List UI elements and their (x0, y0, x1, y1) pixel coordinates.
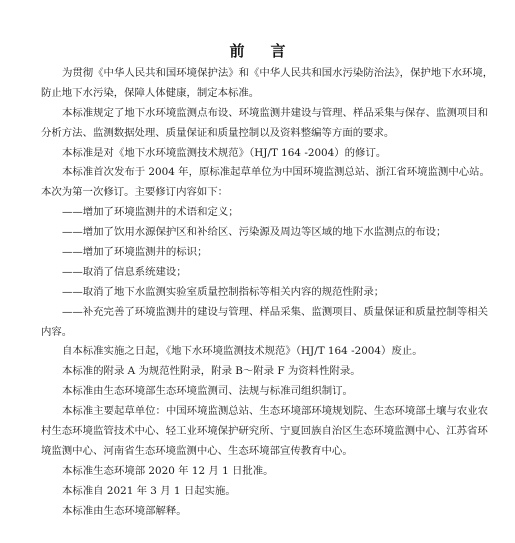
text-line: 本标准的附录 A 为规范性附录，附录 B～附录 F 为资料性附录。 (41, 362, 490, 382)
page-title: 前言 (0, 40, 515, 61)
title-char: 言 (271, 40, 286, 61)
text-line: 村生态环境监管技术中心、轻工业环境保护研究所、宁夏回族自治区生态环境监测中心、江… (41, 422, 490, 442)
document-page: 前言 为贯彻《中华人民共和国环境保护法》和《中华人民共和国水污染防治法》，保护地… (0, 0, 515, 543)
list-item: ——增加了饮用水源保护区和补给区、污染源及周边等区域的地下水监测点的布设； (41, 223, 490, 243)
list-item: ——取消了信息系统建设； (41, 263, 490, 283)
text-line: 防止地下水污染，保障人体健康，制定本标准。 (41, 84, 490, 104)
text-line: 本标准首次发布于 2004 年，原标准起草单位为中国环境监测总站、浙江省环境监测… (41, 163, 490, 183)
title-char: 前 (229, 40, 244, 61)
list-item: ——增加了环境监测井的术语和定义； (41, 203, 490, 223)
text-line: 本标准主要起草单位：中国环境监测总站、生态环境部环境规划院、生态环境部土壤与农业… (41, 402, 490, 422)
list-item: ——补充完善了环境监测井的建设与管理、样品采集、监测项目、质量保证和质量控制等相… (41, 303, 490, 323)
foreword-body: 为贯彻《中华人民共和国环境保护法》和《中华人民共和国水污染防治法》，保护地下水环… (41, 64, 490, 521)
text-line: 本标准由生态环境部生态环境监测司、法规与标准司组织制订。 (41, 382, 490, 402)
text-line: 本标准规定了地下水环境监测点布设、环境监测井建设与管理、样品采集与保存、监测项目… (41, 104, 490, 124)
text-line: 本标准自 2021 年 3 月 1 日起实施。 (41, 482, 490, 502)
text-line: 为贯彻《中华人民共和国环境保护法》和《中华人民共和国水污染防治法》，保护地下水环… (41, 64, 490, 84)
text-line: 境监测中心、河南省生态环境监测中心、生态环境部宣传教育中心。 (41, 442, 490, 462)
text-line: 自本标准实施之日起，《地下水环境监测技术规范》（HJ/T 164 -2004）废… (41, 342, 490, 362)
text-line: 分析方法、监测数据处理、质量保证和质量控制以及资料整编等方面的要求。 (41, 124, 490, 144)
text-line: 本标准生态环境部 2020 年 12 月 1 日批准。 (41, 462, 490, 482)
text-line: 本标准是对《地下水环境监测技术规范》（HJ/T 164 -2004）的修订。 (41, 144, 490, 164)
list-item: ——增加了环境监测井的标识； (41, 243, 490, 263)
text-line: 本次为第一次修订。主要修订内容如下： (41, 183, 490, 203)
text-line: 内容。 (41, 323, 490, 343)
list-item: ——取消了地下水监测实验室质量控制指标等相关内容的规范性附录； (41, 283, 490, 303)
text-line: 本标准由生态环境部解释。 (41, 502, 490, 522)
